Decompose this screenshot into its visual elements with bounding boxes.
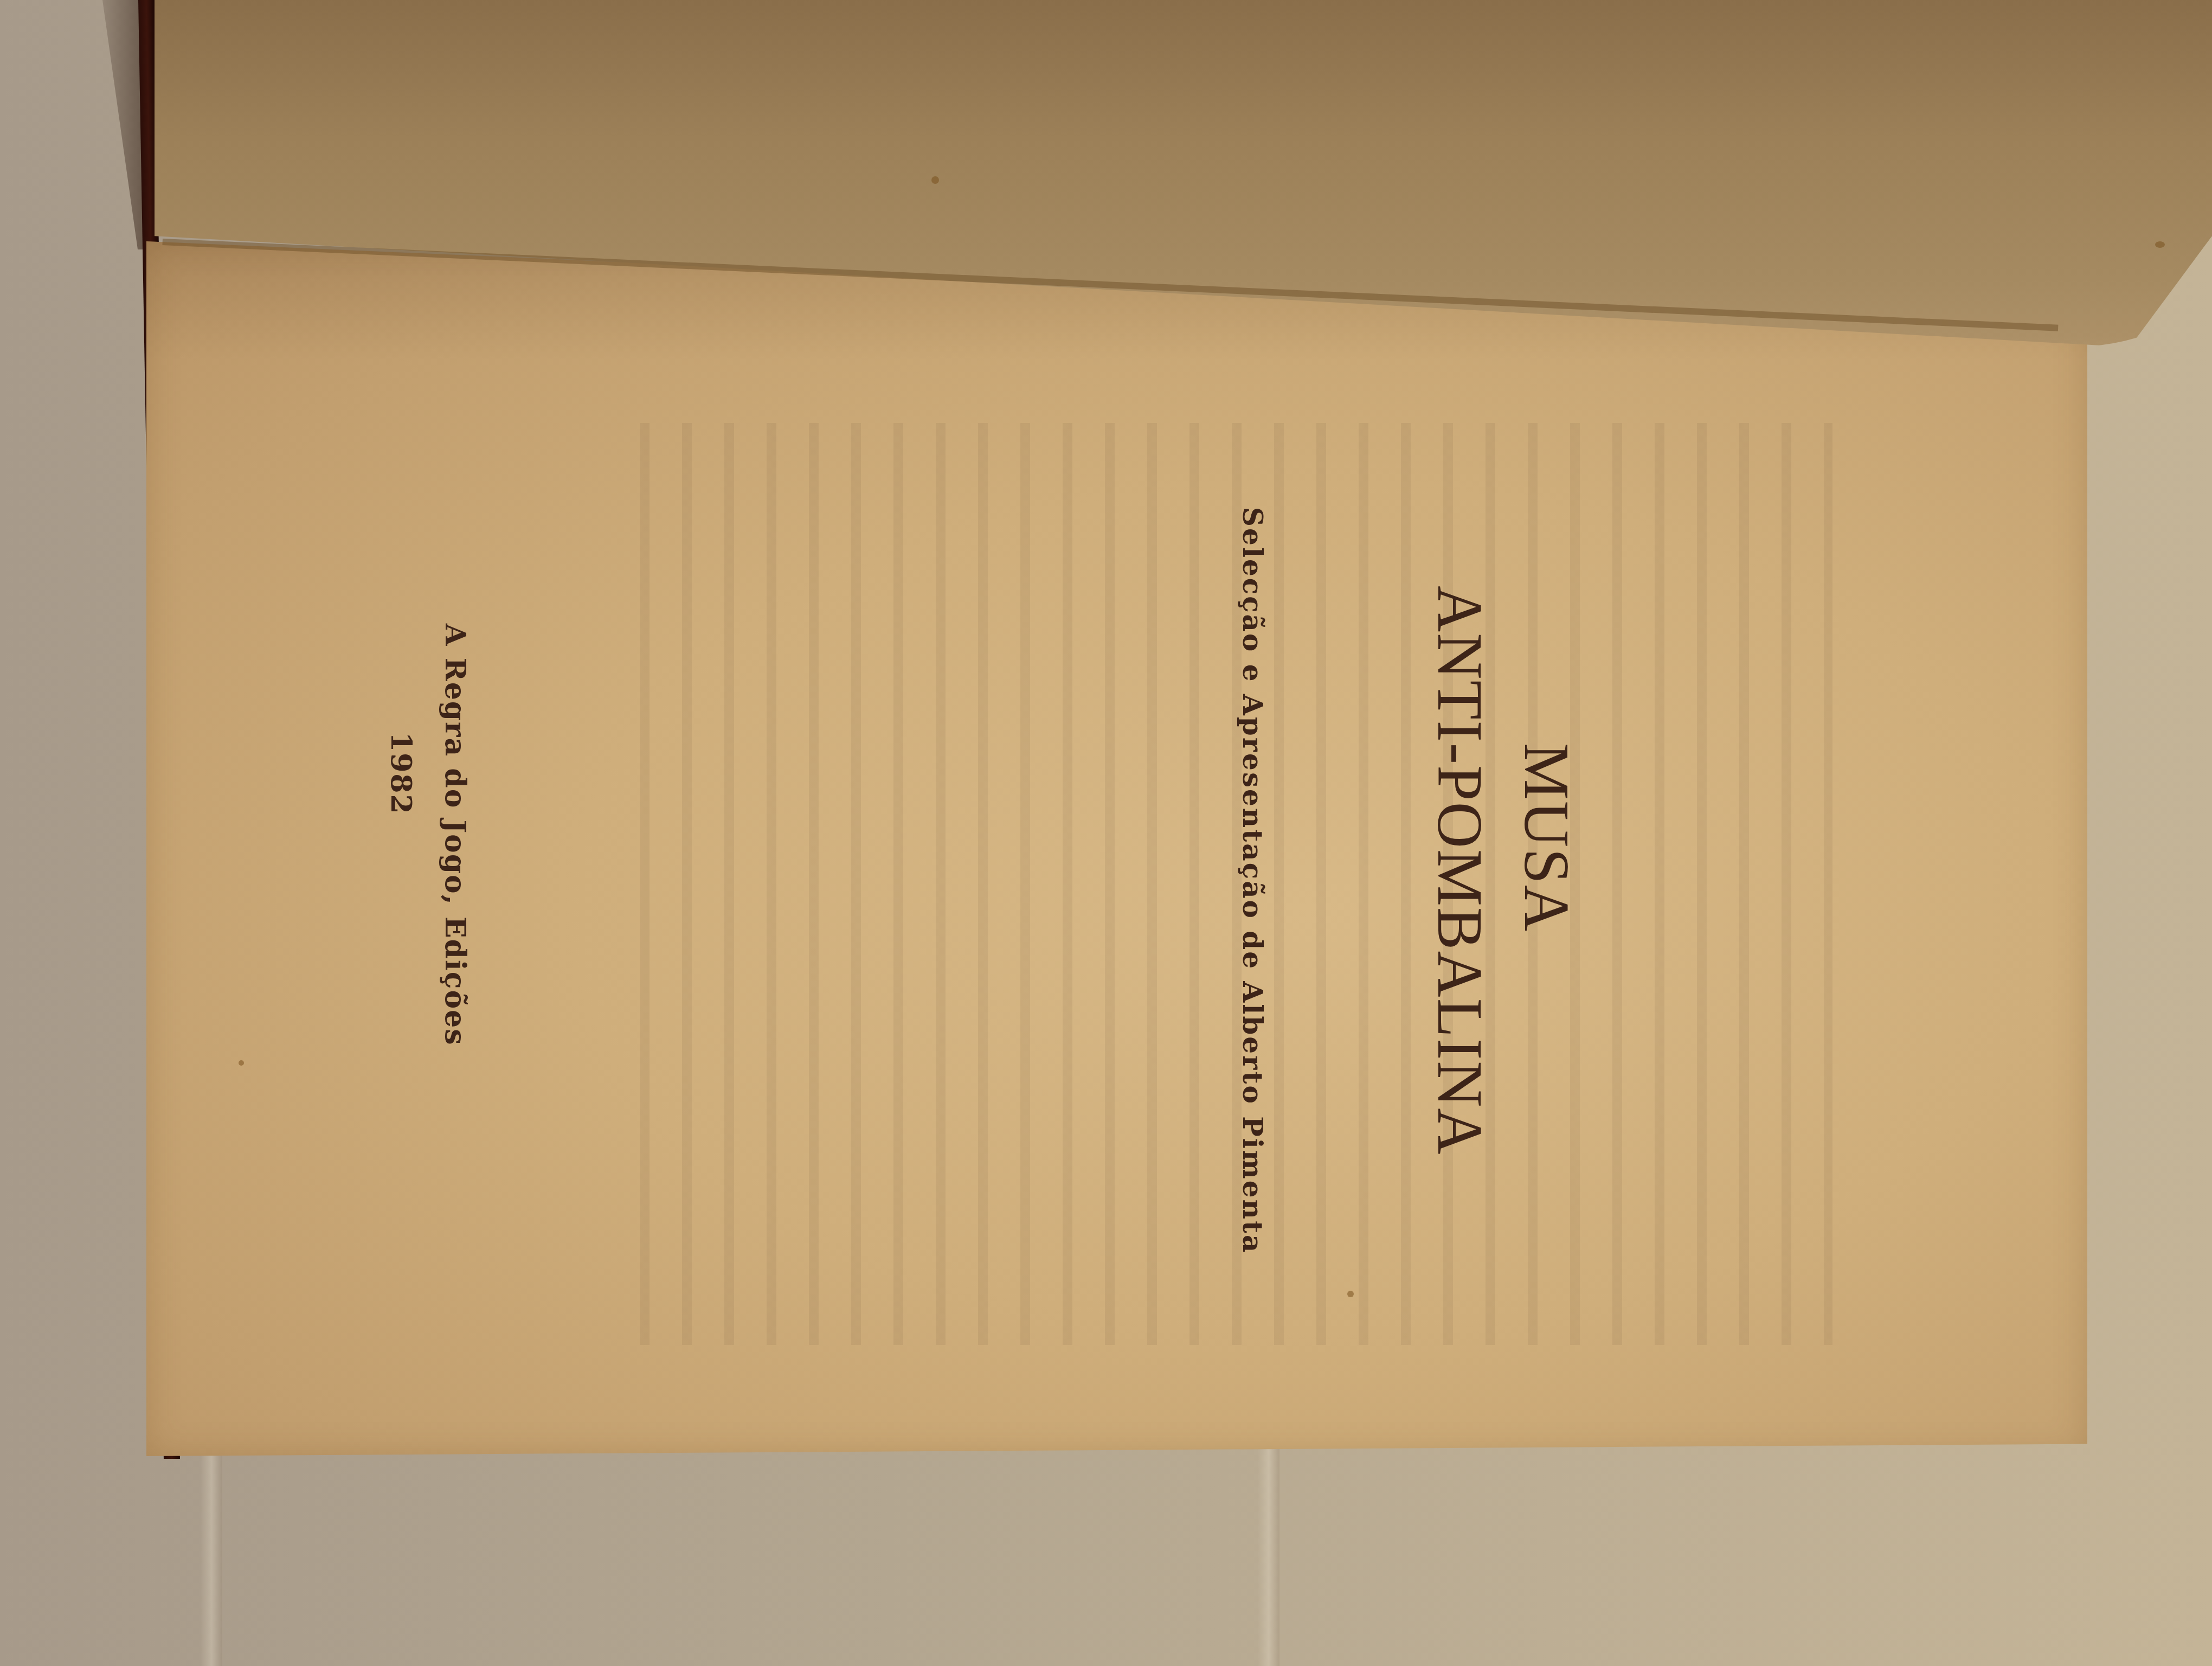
book-title-line-1: MUSA bbox=[1509, 743, 1583, 932]
publisher-name: A Regra do Jogo, Edições bbox=[439, 624, 472, 1046]
foxing-spot bbox=[931, 176, 939, 184]
publication-year: 1982 bbox=[384, 732, 417, 815]
foxing-spot bbox=[1347, 1291, 1354, 1297]
reverse-side-show-through bbox=[640, 423, 1832, 1345]
foxing-spot bbox=[239, 1060, 244, 1066]
foxing-spot bbox=[2155, 241, 2165, 248]
background-fold bbox=[1258, 1432, 1279, 1666]
book-title-line-2: ANTI-POMBALINA bbox=[1423, 586, 1496, 1156]
editor-credit: Selecção e Apresentação de Alberto Pimen… bbox=[1237, 507, 1269, 1254]
background-fold bbox=[201, 1432, 222, 1666]
